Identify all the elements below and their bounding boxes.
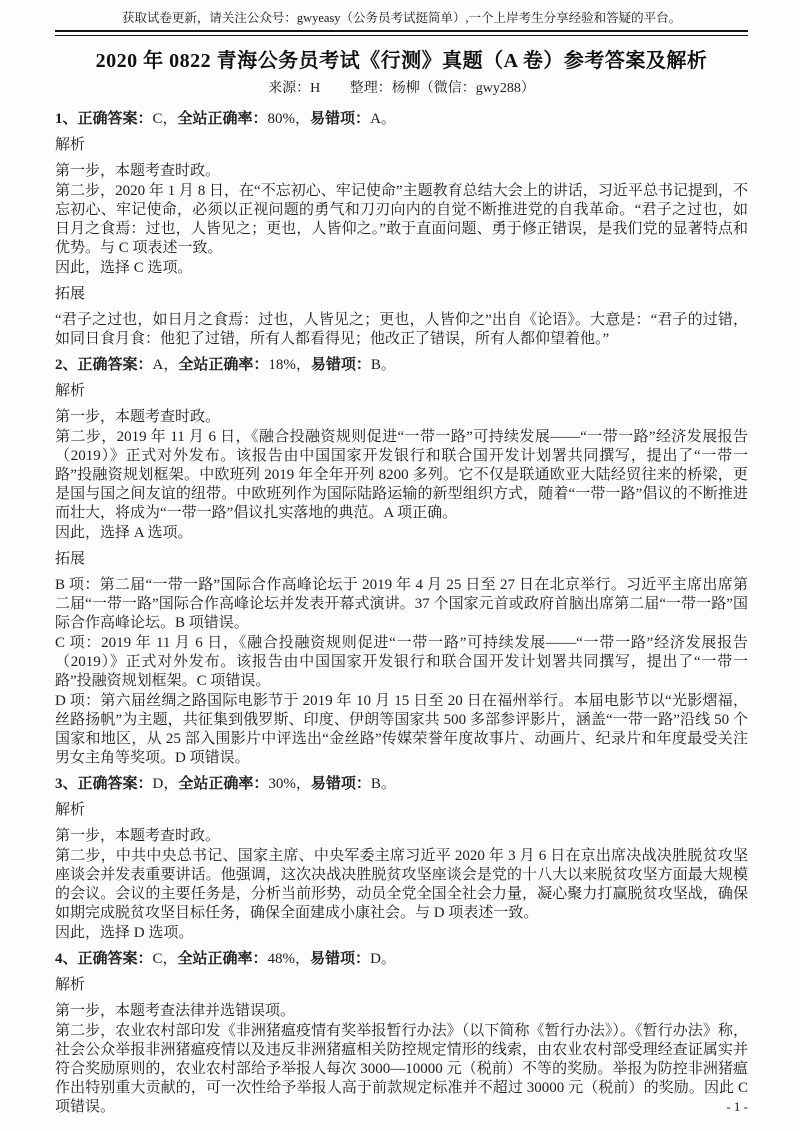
- expand-paragraph: “君子之过也，如日月之食焉：过也，人皆见之；更也，人皆仰之”出自《论语》。大意是…: [55, 311, 748, 349]
- trap-label: 易错项：: [311, 357, 371, 373]
- analysis-step-1: 第一步，本题考查时政。: [55, 162, 748, 181]
- answer-number-label: 3、正确答案：: [55, 776, 153, 792]
- analysis-step-2: 第二步，中共中央总书记、国家主席、中央军委主席习近平 2020 年 3 月 6 …: [55, 847, 748, 923]
- analysis-step-1: 第一步，本题考查时政。: [55, 827, 748, 846]
- rate-value: 18%，: [268, 357, 311, 373]
- analysis-step-1: 第一步，本题考查法律并选错误项。: [55, 1002, 748, 1021]
- question-block-3: 3、正确答案：D，全站正确率：30%，易错项：B。 解析 第一步，本题考查时政。…: [55, 775, 748, 943]
- rate-value: 80%，: [268, 111, 311, 127]
- answer-line: 2、正确答案：A，全站正确率：18%，易错项：B。: [55, 356, 748, 375]
- answer-value: A，: [153, 357, 179, 373]
- answer-number-label: 4、正确答案：: [55, 951, 153, 967]
- rate-label: 全站正确率：: [178, 357, 268, 373]
- question-block-2: 2、正确答案：A，全站正确率：18%，易错项：B。 解析 第一步，本题考查时政。…: [55, 356, 748, 768]
- document-page: 获取试卷更新，请关注公众号：gwyeasy（公务员考试挺简单）,一个上岸考生分享…: [0, 0, 800, 1131]
- answer-value: D，: [153, 776, 179, 792]
- analysis-step-2: 第二步，2019 年 11 月 6 日，《融合投融资规则促进“一带一路”可持续发…: [55, 428, 748, 523]
- rate-value: 48%，: [268, 951, 311, 967]
- answer-line: 1、正确答案：C，全站正确率：80%，易错项：A。: [55, 110, 748, 129]
- trap-value: D。: [370, 951, 396, 967]
- analysis-label: 解析: [55, 801, 748, 820]
- trap-value: B。: [371, 776, 396, 792]
- expand-paragraph-c: C 项：2019 年 11 月 6 日，《融合投融资规则促进“一带一路”可持续发…: [55, 634, 748, 691]
- document-body: 1、正确答案：C，全站正确率：80%，易错项：A。 解析 第一步，本题考查时政。…: [55, 110, 748, 1117]
- analysis-label: 解析: [55, 382, 748, 401]
- answer-value: C，: [153, 111, 178, 127]
- trap-label: 易错项：: [310, 111, 370, 127]
- answer-number-label: 2、正确答案：: [55, 357, 153, 373]
- analysis-step-1: 第一步，本题考查时政。: [55, 408, 748, 427]
- trap-value: A。: [370, 111, 396, 127]
- header-divider: [55, 30, 748, 36]
- rate-value: 30%，: [268, 776, 311, 792]
- expand-paragraph-d: D 项：第六届丝绸之路国际电影节于 2019 年 10 月 15 日至 20 日…: [55, 692, 748, 768]
- expand-label: 拓展: [55, 550, 748, 569]
- conclusion-paragraph: 因此，选择 C 选项。: [55, 259, 748, 278]
- analysis-step-2: 第二步，农业农村部印发《非洲猪瘟疫情有奖举报暂行办法》（以下简称《暂行办法》）。…: [55, 1022, 748, 1117]
- rate-label: 全站正确率：: [178, 776, 268, 792]
- answer-line: 3、正确答案：D，全站正确率：30%，易错项：B。: [55, 775, 748, 794]
- answer-number-label: 1、正确答案：: [55, 111, 153, 127]
- question-block-4: 4、正确答案：C，全站正确率：48%，易错项：D。 解析 第一步，本题考查法律并…: [55, 950, 748, 1117]
- source-label: 来源：H: [268, 81, 320, 96]
- trap-value: B。: [371, 357, 396, 373]
- page-header: 获取试卷更新，请关注公众号：gwyeasy（公务员考试挺简单）,一个上岸考生分享…: [55, 8, 748, 36]
- answer-line: 4、正确答案：C，全站正确率：48%，易错项：D。: [55, 950, 748, 969]
- trap-label: 易错项：: [311, 776, 371, 792]
- rate-label: 全站正确率：: [178, 111, 268, 127]
- analysis-label: 解析: [55, 136, 748, 155]
- page-number: - 1 -: [726, 1099, 748, 1115]
- editor-label: 整理：杨柳（微信：gwy288）: [350, 81, 535, 96]
- question-block-1: 1、正确答案：C，全站正确率：80%，易错项：A。 解析 第一步，本题考查时政。…: [55, 110, 748, 349]
- expand-paragraph-b: B 项：第二届“一带一路”国际合作高峰论坛于 2019 年 4 月 25 日至 …: [55, 576, 748, 633]
- source-line: 来源：H 整理：杨柳（微信：gwy288）: [55, 80, 748, 98]
- rate-label: 全站正确率：: [178, 951, 268, 967]
- trap-label: 易错项：: [310, 951, 370, 967]
- expand-label: 拓展: [55, 285, 748, 304]
- conclusion-paragraph: 因此，选择 D 选项。: [55, 924, 748, 943]
- answer-value: C，: [153, 951, 178, 967]
- analysis-label: 解析: [55, 976, 748, 995]
- header-notice: 获取试卷更新，请关注公众号：gwyeasy（公务员考试挺简单）,一个上岸考生分享…: [55, 8, 748, 30]
- document-title: 2020 年 0822 青海公务员考试《行测》真题（A 卷）参考答案及解析: [55, 48, 748, 74]
- conclusion-paragraph: 因此，选择 A 选项。: [55, 524, 748, 543]
- analysis-step-2: 第二步，2020 年 1 月 8 日，在“不忘初心、牢记使命”主题教育总结大会上…: [55, 182, 748, 258]
